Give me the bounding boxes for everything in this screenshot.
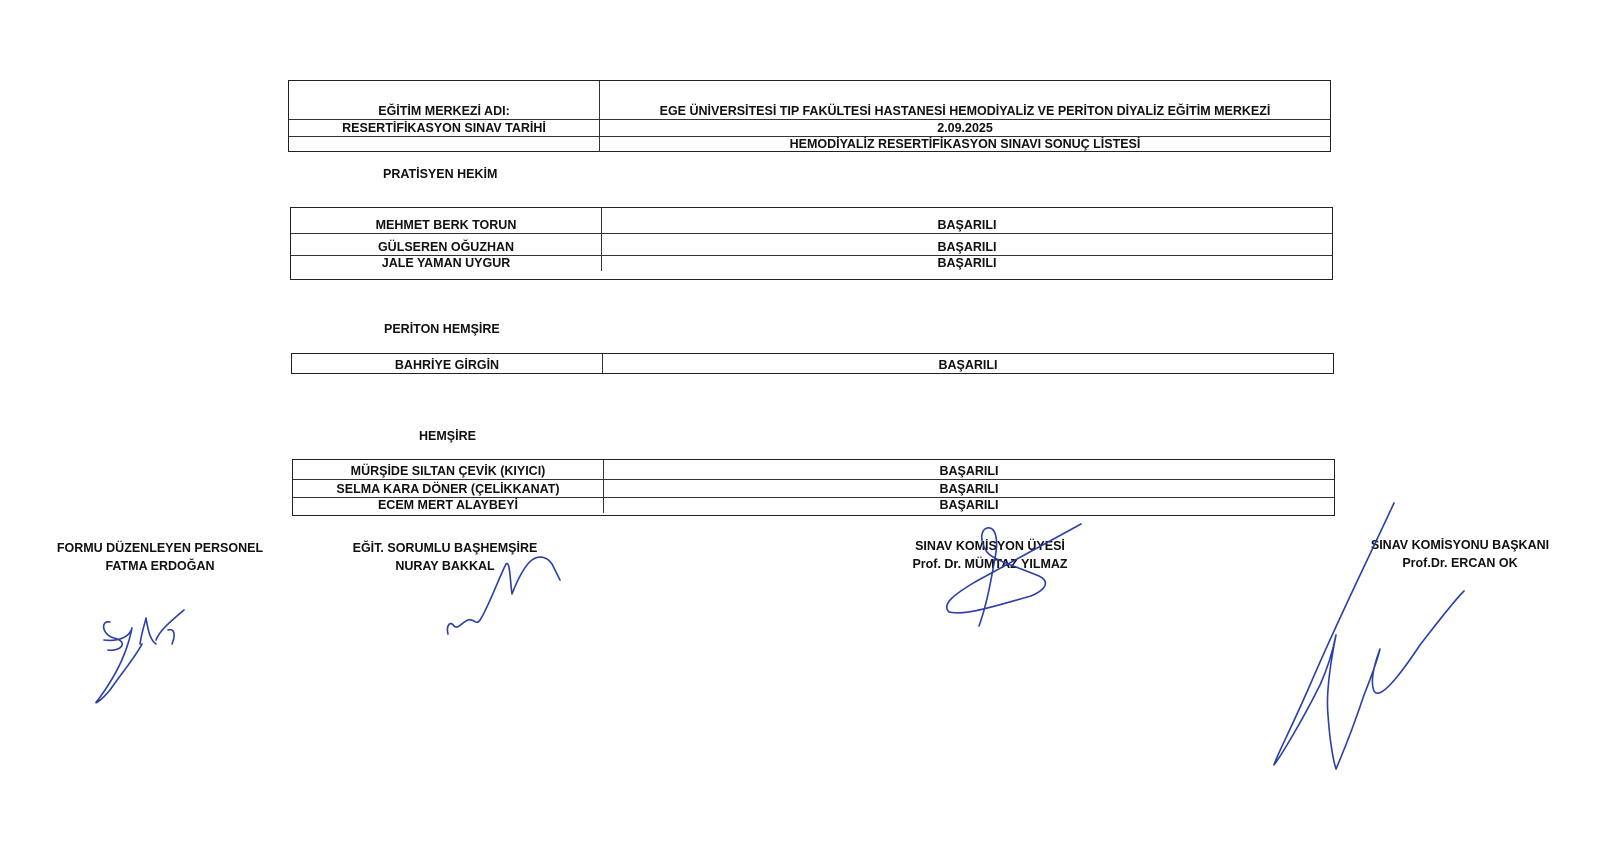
table-row: MÜRŞİDE SILTAN ÇEVİK (KIYICI) BAŞARILI (293, 460, 1334, 479)
candidate-name: ECEM MERT ALAYBEYİ (293, 498, 604, 513)
signature-fatma-erdogan-icon (80, 600, 200, 710)
center-name-label: EĞİTİM MERKEZİ ADI: (289, 81, 600, 119)
section-title-hemsire: HEMŞİRE (419, 429, 476, 443)
signer-role: FORMU DÜZENLEYEN PERSONEL (40, 539, 280, 557)
signer-name: FATMA ERDOĞAN (40, 557, 280, 575)
result-status: BAŞARILI (604, 480, 1334, 497)
table-row: BAHRİYE GİRGİN BAŞARILI (292, 354, 1333, 373)
exam-date-value: 2.09.2025 (600, 120, 1330, 136)
results-table-pratisyen-hekim: MEHMET BERK TORUN BAŞARILI GÜLSEREN OĞUZ… (290, 207, 1333, 280)
candidate-name: JALE YAMAN UYGUR (291, 256, 602, 271)
list-label (289, 137, 600, 152)
results-table-periton-hemsire: BAHRİYE GİRGİN BAŞARILI (291, 353, 1334, 374)
header-row-list: HEMODİYALİZ RESERTİFİKASYON SINAVI SONUÇ… (289, 136, 1330, 152)
table-row: MEHMET BERK TORUN BAŞARILI (291, 208, 1332, 233)
table-row: JALE YAMAN UYGUR BAŞARILI (291, 255, 1332, 271)
candidate-name: SELMA KARA DÖNER (ÇELİKKANAT) (293, 480, 604, 497)
candidate-name: BAHRİYE GİRGİN (292, 354, 603, 373)
result-status: BAŞARILI (604, 460, 1334, 479)
results-table-hemsire: MÜRŞİDE SILTAN ÇEVİK (KIYICI) BAŞARILI S… (292, 459, 1335, 516)
result-status: BAŞARILI (603, 354, 1333, 373)
table-row: GÜLSEREN OĞUZHAN BAŞARILI (291, 233, 1332, 255)
result-status: BAŞARILI (602, 234, 1332, 255)
candidate-name: MÜRŞİDE SILTAN ÇEVİK (KIYICI) (293, 460, 604, 479)
header-row-date: RESERTİFİKASYON SINAV TARİHİ 2.09.2025 (289, 119, 1330, 136)
signature-ercan-ok-icon (1260, 495, 1480, 780)
result-status: BAŞARILI (604, 498, 1334, 513)
result-status: BAŞARILI (602, 256, 1332, 271)
result-status: BAŞARILI (602, 208, 1332, 233)
table-row: SELMA KARA DÖNER (ÇELİKKANAT) BAŞARILI (293, 479, 1334, 497)
section-title-periton-hemsire: PERİTON HEMŞİRE (384, 322, 500, 336)
signature-nuray-bakkal-icon (440, 550, 570, 640)
candidate-name: MEHMET BERK TORUN (291, 208, 602, 233)
section-title-pratisyen-hekim: PRATİSYEN HEKİM (383, 167, 497, 181)
candidate-name: GÜLSEREN OĞUZHAN (291, 234, 602, 255)
exam-date-label: RESERTİFİKASYON SINAV TARİHİ (289, 120, 600, 136)
list-title: HEMODİYALİZ RESERTİFİKASYON SINAVI SONUÇ… (600, 137, 1330, 152)
center-name-value: EGE ÜNİVERSİTESİ TIP FAKÜLTESİ HASTANESİ… (600, 81, 1330, 119)
signature-block-form-preparer: FORMU DÜZENLEYEN PERSONEL FATMA ERDOĞAN (40, 539, 280, 575)
table-row: ECEM MERT ALAYBEYİ BAŞARILI (293, 497, 1334, 513)
header-row-center: EĞİTİM MERKEZİ ADI: EGE ÜNİVERSİTESİ TIP… (289, 81, 1330, 119)
signature-mumtaz-yilmaz-icon (935, 520, 1095, 630)
header-table: EĞİTİM MERKEZİ ADI: EGE ÜNİVERSİTESİ TIP… (288, 80, 1331, 152)
